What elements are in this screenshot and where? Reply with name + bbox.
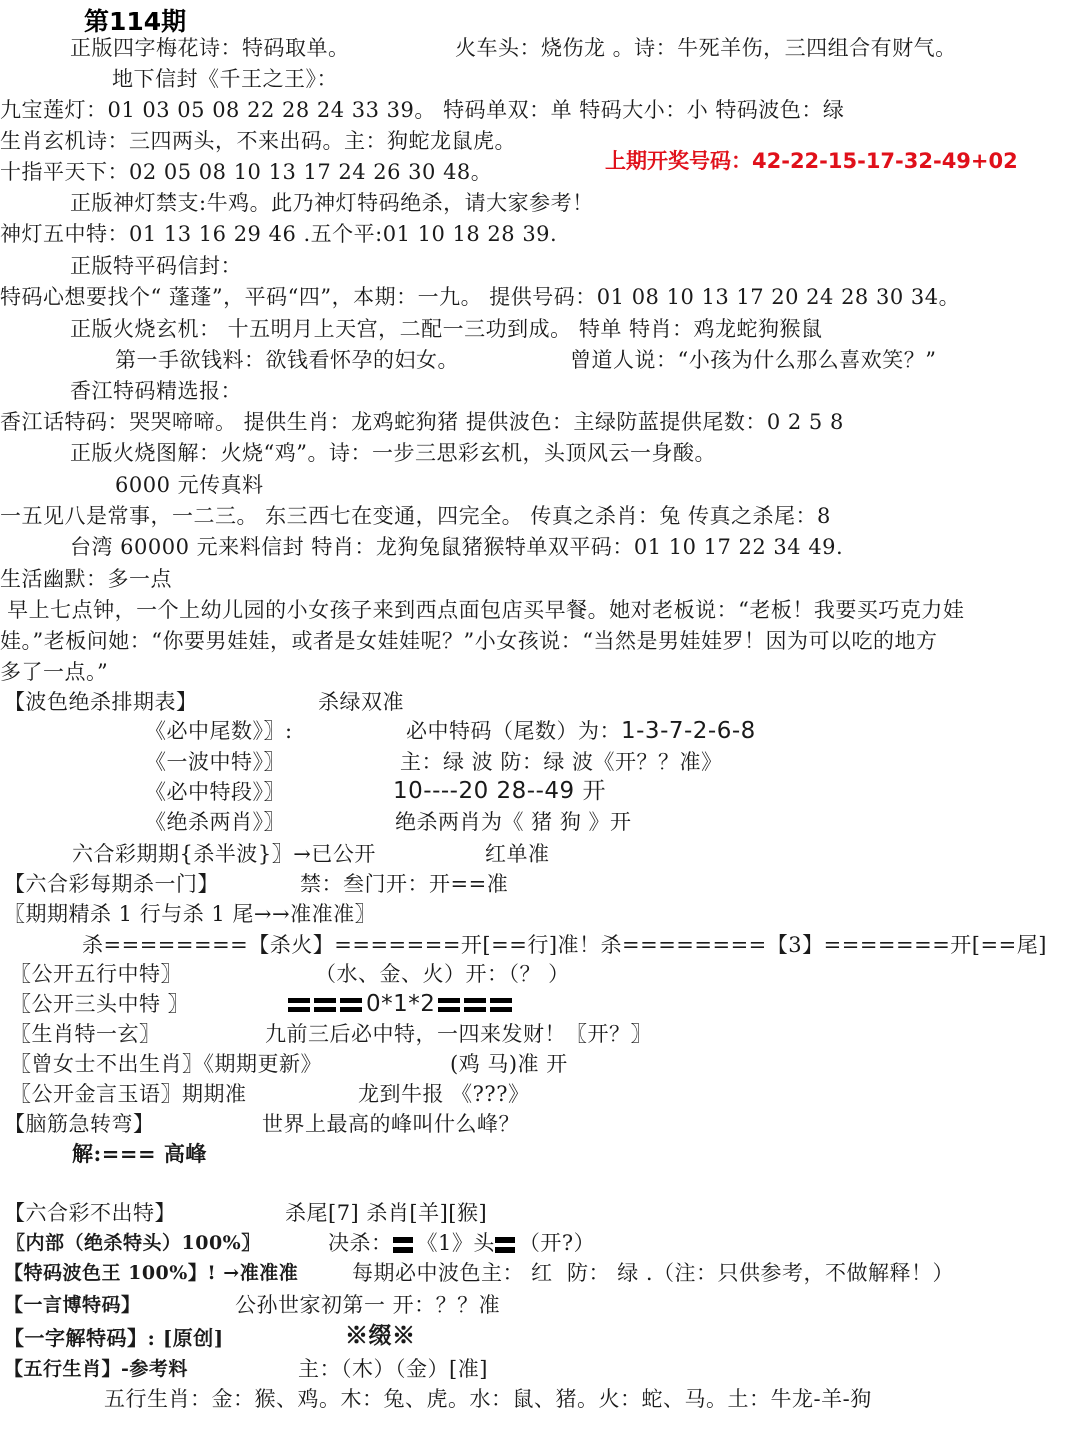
block-icon [464,998,486,1012]
block-icon [393,1237,413,1253]
ten-fingers: 十指平天下：02 05 08 10 13 17 24 26 30 48。 [0,158,492,186]
train-head: 火车头：烧伤龙 。诗：牛死羊伤，三四组合有财气。 [455,34,957,62]
xiangjiang-info: 香江话特码：哭哭啼啼。 提供生肖：龙鸡蛇狗猪 提供波色：主绿防蓝提供尾数：0 2… [0,408,844,436]
head-text: 《1》头 [417,1231,495,1255]
fax-heading: 6000 元传真料 [115,471,264,499]
last-draw-numbers: 上期开奖号码：42-22-15-17-32-49+02 [605,145,1018,175]
half-wave-value: 红单准 [485,840,550,868]
row-value-text: 必中特码（尾数）为： [406,719,621,743]
kill-row-tail: 〖期期精杀 1 行与杀 1 尾→→准准准〗 [4,900,376,928]
table-row-label: 《必中尾数》〗: [145,717,293,745]
fax-content: 一五见八是常事，一二三。 东三西七在变通，四完全。 传真之杀肖：兔 传真之杀尾：… [0,502,831,530]
row-value-numbers: 1-3-7-2-6-8 [621,718,756,744]
special-code-wish: 特码心想要找个“ 蓬蓬”，平码“四”，本期：一九。 提供号码：01 08 10 … [0,283,960,311]
lamp-five: 神灯五中特：01 13 16 29 46 .五个平:01 10 18 28 39… [0,220,557,248]
zeng-saying: 曾道人说：“小孩为什么那么喜欢笑？” [570,346,936,374]
table-header-value: 杀绿双准 [318,688,404,716]
five-elements-value: （水、金、火）开：（？ ） [315,960,570,988]
one-char-value: ※缀※ [345,1322,416,1350]
nine-lotus: 九宝莲灯：01 03 05 08 22 28 24 33 39。 特码单双：单 … [0,96,844,124]
fire-mystery: 正版火烧玄机： 十五明月上天宫，二配一三功到成。 特单 特肖：鸡龙蛇狗猴鼠 [70,315,823,343]
lamp-ban: 正版神灯禁支:牛鸡。此乃神灯特码绝杀，请大家参考！ [70,189,594,217]
open-text: （开?） [519,1231,595,1255]
humor-line-3: 多了一点。” [0,658,108,686]
internal-label: 〖内部（绝杀特头）100%〗 [6,1229,261,1257]
humor-line-2: 娃。”老板问她：“你要男娃娃，或者是女娃娃呢？”小女孩说：“当然是男娃娃罗！因为… [0,627,937,655]
table-row-label: 《绝杀两肖》〗 [145,808,285,836]
block-icon [314,998,336,1012]
five-zodiac-list: 五行生肖：金：猴、鸡。木：兔、虎。水：鼠、猪。火：蛇、马。土：牛龙-羊-狗 [104,1385,872,1413]
taiwan-envelope: 台湾 60000 元来料信封 特肖：龙狗兔鼠猪猴特单双平码：01 10 17 2… [70,533,843,561]
envelope-heading: 正版特平码信封： [70,252,242,280]
humor-line-1: 早上七点钟，一个上幼儿园的小女孩子来到西点面包店买早餐。她对老板说：“老板！我要… [0,596,964,624]
block-icon [438,998,460,1012]
ms-zeng-value: (鸡 马)准 开 [450,1050,568,1078]
riddle-answer: 解:=== 高峰 [72,1140,207,1168]
half-wave-label: 六合彩期期{杀半波}〗→已公开 [72,840,376,868]
table-row-value: 绝杀两肖为《 猪 狗 》开 [395,808,632,836]
table-row-label: 《必中特段》〗 [145,778,285,806]
three-heads-digits: 0*1*2 [366,991,435,1017]
no-special-value: 杀尾[7] 杀肖[羊][猴] [285,1199,487,1227]
table-header-label: 【波色绝杀排期表】 [4,688,198,716]
no-special-label: 【六合彩不出特】 [4,1199,176,1227]
table-row-value: 10----20 28--49 开 [393,777,606,805]
first-hand: 第一手欲钱料：欲钱看怀孕的妇女。 [115,346,459,374]
one-char-label: 【一字解特码】: [原创] [4,1324,224,1352]
internal-value: 决杀：《1》头（开?） [328,1229,595,1257]
table-row-value: 必中特码（尾数）为：1-3-7-2-6-8 [406,717,756,745]
zodiac-poem: 生肖玄机诗：三四两头，不来出码。主：狗蛇龙鼠虎。 [0,127,516,155]
wave-king-value: 每期必中波色主： 红 防： 绿 .（注：只供参考，不做解释！） [352,1259,954,1287]
riddle-question: 世界上最高的峰叫什么峰？ [262,1110,520,1138]
envelope-title: 地下信封《千王之王》： [112,65,338,93]
golden-words-value: 龙到牛报 《???》 [358,1080,529,1108]
five-zodiac-value: 主：（木）（金）[准] [298,1355,488,1383]
wave-king-label: 【特码波色王 100%】! →准准准 [4,1259,298,1287]
xiangjiang-heading: 香江特码精选报： [70,377,242,405]
issue-title: 第114期 [84,2,186,38]
kill-door-value: 禁：叁门开：开==准 [300,870,508,898]
ms-zeng-label: 〖曾女士不出生肖〗《期期更新》 [10,1050,322,1078]
kill-fire-line: 杀========【杀火】=======开[==行]准！杀========【3】… [82,931,1047,959]
block-icon [340,998,362,1012]
three-heads-label: 〖公开三头中特 〗 [10,990,189,1018]
block-icon [490,998,512,1012]
fire-diagram: 正版火烧图解：火烧“鸡”。诗：一步三思彩玄机，头顶风云一身酸。 [70,439,716,467]
golden-words-label: 〖公开金言玉语〗期期准 [10,1080,247,1108]
one-word-value: 公孙世家初第一 开：？？准 [235,1291,500,1319]
kill-door-label: 【六合彩每期杀一门】 [4,870,219,898]
riddle-label: 【脑筋急转弯】 [4,1110,155,1138]
humor-heading: 生活幽默：多一点 [0,565,172,593]
table-row-label: 《一波中特》〗 [145,748,285,776]
three-heads-value: 0*1*2 [288,990,516,1018]
block-icon [495,1237,515,1253]
plum-poem: 正版四字梅花诗：特码取单。 [70,34,350,62]
decisive-kill-text: 决杀： [328,1231,393,1255]
table-row-value: 主：绿 波 防：绿 波《开？？准》 [400,748,723,776]
block-icon [288,998,310,1012]
zodiac-mystery-value: 九前三后必中特，一四来发财！〖开？〗 [265,1020,652,1048]
five-elements-label: 〖公开五行中特〗 [10,960,182,988]
one-word-label: 【一言博特码】 [4,1291,141,1319]
zodiac-mystery-label: 〖生肖特一玄〗 [10,1020,161,1048]
five-zodiac-label: 【五行生肖】-参考料 [4,1355,188,1383]
